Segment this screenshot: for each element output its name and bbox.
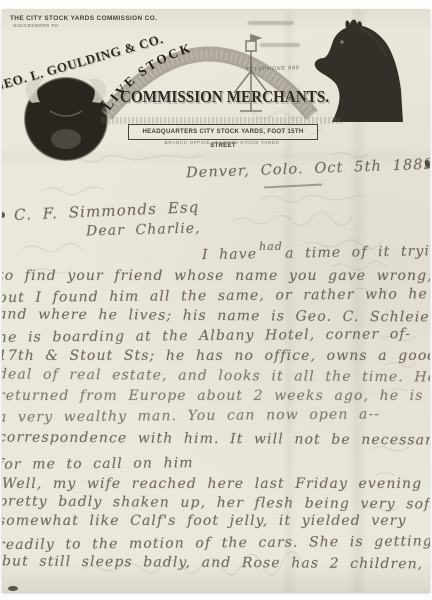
handwriting-line: and where he lives; his name is Geo. C. …	[2, 306, 430, 325]
horse-head-icon	[298, 12, 414, 124]
handwriting-line: to find your friend whose name you gave …	[2, 268, 430, 284]
corner-successors-line: SUCCESSORS TO	[13, 24, 58, 29]
handwriting-line: pretty badly shaken up, her flesh being …	[2, 493, 430, 512]
date-underline-flourish	[264, 183, 322, 188]
handwriting-line: but still sleeps badly, and Rose has 2 c…	[2, 553, 430, 572]
salutation: Dear Charlie,	[86, 221, 201, 240]
paper-stain	[2, 212, 5, 218]
handwriting-line: he is boarding at the Albany Hotel, corn…	[2, 326, 411, 346]
live-stock-arch: LIVE STOCK	[94, 37, 324, 129]
ornamental-band	[100, 117, 342, 124]
faded-print-smudge	[248, 21, 294, 25]
handwriting-line: for me to call on him	[2, 455, 194, 473]
handwriting-line: a very wealthy man. You can now open a--	[2, 406, 380, 425]
handwriting-line: correspondence with him. It will not be …	[2, 429, 430, 448]
headquarters-box: HEADQUARTERS CITY STOCK YARDS, FOOT 15TH…	[128, 124, 318, 140]
letter-paper: THE CITY STOCK YARDS COMMISSION CO. SUCC…	[2, 9, 430, 592]
handwriting-line: readily to the motion of the cars. She i…	[2, 533, 430, 553]
opening-pre: I have	[202, 246, 257, 263]
branch-office-line: BRANCH OFFICE AT UNION STOCK YARDS	[128, 141, 316, 146]
handwriting-line: somewhat like Calf's foot jelly, it yiel…	[2, 513, 407, 529]
recipient-line: C. F. Simmonds Esq	[14, 198, 200, 224]
paper-stain	[8, 586, 18, 591]
handwriting-line: deal of real estate, and looks it all th…	[2, 366, 430, 385]
paper-stain	[425, 160, 430, 168]
corner-company-line: THE CITY STOCK YARDS COMMISSION CO.	[10, 15, 157, 22]
inserted-word: had	[259, 240, 283, 253]
faded-print-smudge	[260, 43, 300, 47]
handwriting-line: returned from Europe about 2 weeks ago, …	[2, 388, 424, 404]
handwriting-line: but I found him all the same, or rather …	[2, 286, 430, 306]
opening-line: I havehada time of it trying	[202, 243, 430, 263]
handwriting-line: Well, my wife reached here last Friday e…	[2, 476, 422, 492]
handwriting-line: 17th & Stout Sts; he has no office, owns…	[2, 348, 430, 364]
dateline: Denver, Colo. Oct 5th 1889	[186, 157, 430, 182]
opening-post: a time of it trying	[285, 243, 430, 262]
